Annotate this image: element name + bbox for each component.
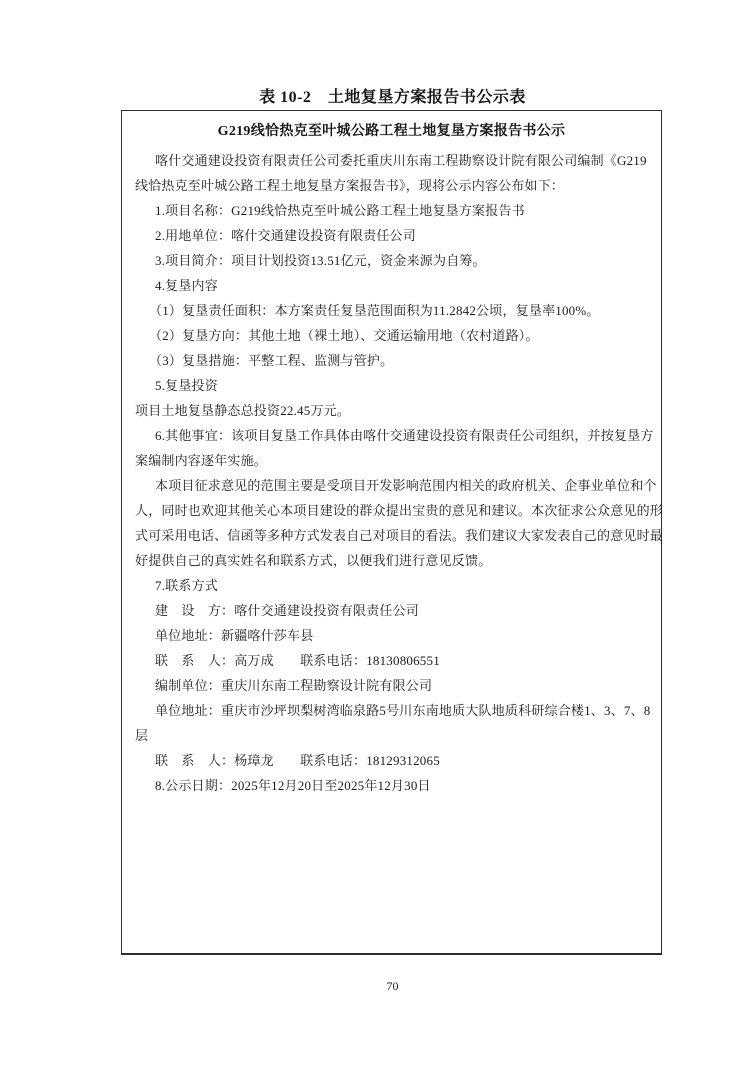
notice-line: 单位地址：重庆市沙坪坝梨树湾临泉路5号川东南地质大队地质科研综合楼1、3、7、8 [135,698,654,723]
notice-line: 7.联系方式 [135,573,654,598]
notice-line: 编制单位：重庆川东南工程勘察设计院有限公司 [135,673,654,698]
page-number: 70 [121,979,664,994]
page-title: 表 10-2 土地复垦方案报告书公示表 [121,84,664,107]
notice-line: 8.公示日期：2025年12月20日至2025年12月30日 [135,773,654,798]
notice-line: 4.复垦内容 [135,273,654,298]
notice-line: （2）复垦方向：其他土地（裸土地）、交通运输用地（农村道路）。 [135,323,654,348]
notice-line: 5.复垦投资 [135,373,654,398]
notice-line: 线恰热克至叶城公路工程土地复垦方案报告书》，现将公示内容公布如下： [135,173,654,198]
notice-line: 层 [135,723,654,748]
notice-line: 6.其他事宜：该项目复垦工作具体由喀什交通建设投资有限责任公司组织，并按复垦方 [135,423,654,448]
notice-heading: G219线恰热克至叶城公路工程土地复垦方案报告书公示 [122,120,661,140]
notice-table: G219线恰热克至叶城公路工程土地复垦方案报告书公示 喀什交通建设投资有限责任公… [121,110,662,955]
notice-line: 2.用地单位：喀什交通建设投资有限责任公司 [135,223,654,248]
notice-line: 案编制内容逐年实施。 [135,448,654,473]
notice-line: 项目土地复垦静态总投资22.45万元。 [135,398,654,423]
notice-line: （3）复垦措施：平整工程、监测与管护。 [135,348,654,373]
notice-line: 联 系 人：高万成 联系电话：18130806551 [135,648,654,673]
notice-line: 联 系 人：杨璋龙 联系电话：18129312065 [135,748,654,773]
notice-line: 本项目征求意见的范围主要是受项目开发影响范围内相关的政府机关、企事业单位和个 [135,473,654,498]
notice-line: 人，同时也欢迎其他关心本项目建设的群众提出宝贵的意见和建议。本次征求公众意见的形 [135,498,654,523]
notice-line: 1.项目名称：G219线恰热克至叶城公路工程土地复垦方案报告书 [135,198,654,223]
notice-line: 式可采用电话、信函等多种方式发表自己对项目的看法。我们建议大家发表自己的意见时最 [135,523,654,548]
notice-line: （1）复垦责任面积：本方案责任复垦范围面积为11.2842公顷，复垦率100%。 [135,298,654,323]
notice-line: 建 设 方：喀什交通建设投资有限责任公司 [135,598,654,623]
notice-line: 单位地址：新疆喀什莎车县 [135,623,654,648]
notice-line: 3.项目简介：项目计划投资13.51亿元，资金来源为自筹。 [135,248,654,273]
notice-body: 喀什交通建设投资有限责任公司委托重庆川东南工程勘察设计院有限公司编制《G219线… [135,148,654,798]
notice-line: 喀什交通建设投资有限责任公司委托重庆川东南工程勘察设计院有限公司编制《G219 [135,148,654,173]
notice-line: 好提供自己的真实姓名和联系方式，以便我们进行意见反馈。 [135,548,654,573]
document-page: 表 10-2 土地复垦方案报告书公示表 G219线恰热克至叶城公路工程土地复垦方… [0,0,753,1066]
